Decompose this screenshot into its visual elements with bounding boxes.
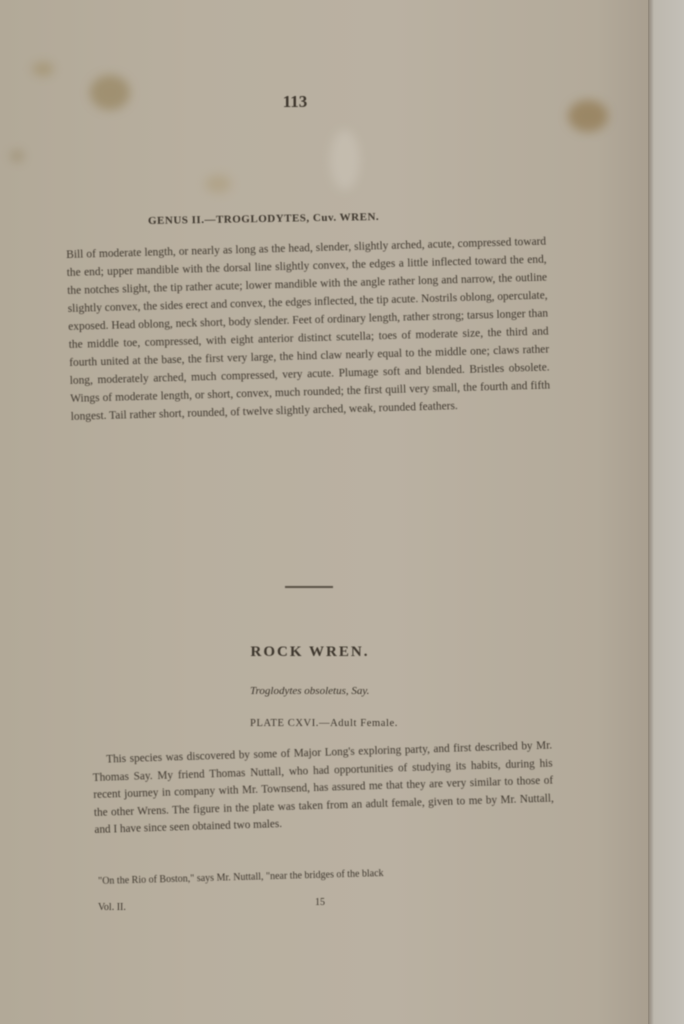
volume-label: Vol. II. <box>98 902 126 913</box>
foxing-stain <box>205 175 231 193</box>
species-latin-name: Troglodytes obsoletus, Say. <box>250 685 369 697</box>
book-page: 113 GENUS II.—TROGLODYTES, Cuv. WREN. Bi… <box>0 0 648 1024</box>
foxing-stain <box>568 100 608 132</box>
foxing-stain <box>90 75 130 110</box>
foxing-stain <box>32 62 54 76</box>
genus-description: Bill of moderate length, or nearly as lo… <box>66 233 551 426</box>
page-number: 113 <box>270 92 320 112</box>
glare-spot <box>330 130 360 190</box>
footnote: "On the Rio of Boston," says Mr. Nuttall… <box>98 863 558 887</box>
section-divider <box>285 586 333 588</box>
species-title: ROCK WREN. <box>230 644 390 661</box>
next-page-edge <box>648 0 684 1024</box>
plate-caption: PLATE CXVI.—Adult Female. <box>250 718 398 729</box>
signature-mark: 15 <box>315 897 325 908</box>
species-text: This species was discovered by some of M… <box>92 738 555 840</box>
foxing-stain <box>10 150 24 162</box>
genus-heading: GENUS II.—TROGLODYTES, Cuv. WREN. <box>148 211 379 227</box>
